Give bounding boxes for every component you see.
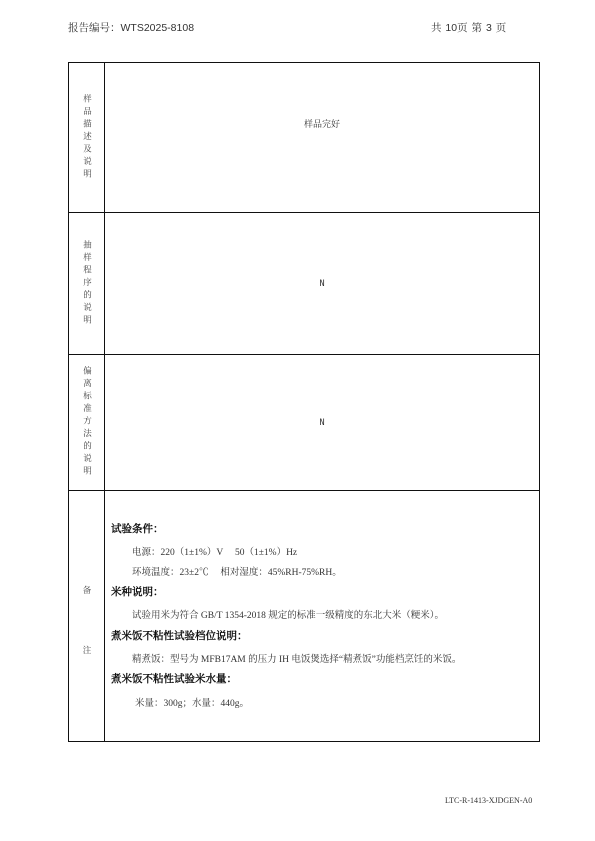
section-title-cooking-setting: 煮米饭不粘性试验档位说明： bbox=[111, 628, 248, 643]
row-deviation-from-standard: 偏离标准方法的说明 N bbox=[69, 354, 539, 490]
row-label-cell: 偏离标准方法的说明 bbox=[69, 355, 105, 490]
rice-water-amount-line: 米量：300g；水量：440g。 bbox=[135, 695, 249, 709]
cooking-setting-line: 精煮饭：型号为 MFB17AM 的压力 IH 电饭煲选择“精煮饭”功能档烹饪的米… bbox=[132, 651, 461, 665]
environment-line: 环境温度：23±2℃ 相对湿度：45%RH-75%RH。 bbox=[132, 564, 342, 578]
page-indicator: 共 10页 第 3 页 bbox=[431, 20, 506, 35]
section-title-rice-type: 米种说明： bbox=[111, 584, 164, 599]
report-number: 报告编号：WTS2025-8108 bbox=[68, 20, 194, 35]
page-current-prefix: 第 bbox=[472, 22, 483, 34]
document-code: LTC-R-1413-XJDGEN-A0 bbox=[445, 796, 532, 805]
power-supply-line: 电源：220（1±1%）V 50（1±1%）Hz bbox=[132, 544, 297, 558]
row-label: 样品描述及说明 bbox=[81, 94, 93, 182]
row-value-cell: N bbox=[105, 355, 539, 490]
row-label-cell: 抽样程序的说明 bbox=[69, 213, 105, 354]
section-title-test-conditions: 试验条件： bbox=[111, 521, 164, 536]
page-current: 3 bbox=[486, 22, 492, 34]
page-total: 10 bbox=[445, 22, 457, 34]
deviation-value: N bbox=[319, 418, 324, 428]
page-total-prefix: 共 bbox=[431, 22, 442, 34]
report-number-value: WTS2025-8108 bbox=[121, 22, 195, 34]
row-label: 抽样程序的说明 bbox=[81, 240, 93, 328]
row-remarks: 备 注 试验条件： 电源：220（1±1%）V 50（1±1%）Hz 环境温度：… bbox=[69, 490, 539, 741]
row-label-cell: 备 注 bbox=[69, 491, 105, 741]
row-label: 偏离标准方法的说明 bbox=[81, 366, 93, 479]
page-current-suffix: 页 bbox=[496, 22, 507, 34]
section-title-rice-water-amount: 煮米饭不粘性试验米水量： bbox=[111, 671, 237, 686]
page-total-suffix: 页 bbox=[457, 22, 468, 34]
report-table: 样品描述及说明 样品完好 抽样程序的说明 N 偏离标准方法的说明 N 备 注 试… bbox=[68, 62, 540, 742]
row-sample-description: 样品描述及说明 样品完好 bbox=[69, 63, 539, 212]
row-value-cell: N bbox=[105, 213, 539, 354]
row-sampling-procedure: 抽样程序的说明 N bbox=[69, 212, 539, 354]
sampling-procedure-value: N bbox=[319, 279, 324, 289]
row-label-cell: 样品描述及说明 bbox=[69, 63, 105, 212]
sample-description-value: 样品完好 bbox=[304, 117, 340, 130]
remarks-content: 试验条件： 电源：220（1±1%）V 50（1±1%）Hz 环境温度：23±2… bbox=[105, 491, 539, 741]
row-value-cell: 样品完好 bbox=[105, 63, 539, 212]
remarks-label-top: 备 bbox=[69, 584, 105, 596]
report-number-label: 报告编号： bbox=[68, 22, 121, 34]
rice-type-line: 试验用米为符合 GB/T 1354-2018 规定的标准一级精度的东北大米（粳米… bbox=[132, 607, 444, 621]
remarks-label-bottom: 注 bbox=[69, 644, 105, 656]
